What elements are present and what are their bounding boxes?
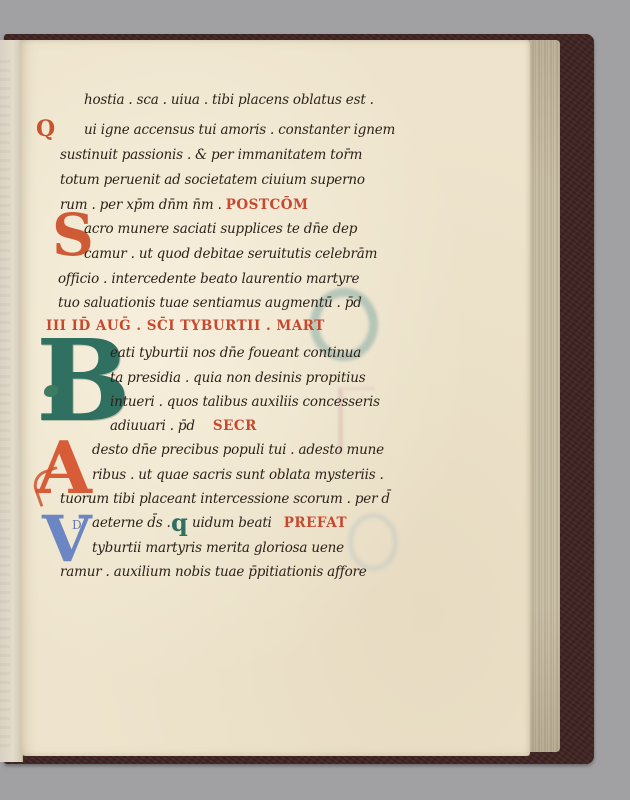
line-text: desto dn̄e precibus populi tui . adesto … [92, 442, 384, 458]
line-text: acro munere saciati supplices te dn̄e de… [84, 221, 357, 237]
line-text: sustinuit passionis . & per immanitatem … [60, 147, 362, 163]
line-text: ribus . ut quae sacris sunt oblata myste… [92, 467, 384, 483]
text-line-5: rum . per xp̄m dn̄m n̄m . POSTCŌM [60, 197, 308, 213]
rubric-postcommunio: POSTCŌM [226, 197, 309, 213]
text-line-18: aeterne d̄s . [92, 515, 171, 531]
line-text: ta presidia . quia non desinis propitius [110, 370, 365, 386]
manuscript-text-block: hostia . sca . uiua . tibi placens oblat… [0, 0, 630, 800]
text-line-3: sustinuit passionis . & per immanitatem … [60, 147, 362, 163]
text-line-12: ta presidia . quia non desinis propitius [110, 370, 365, 386]
text-line-20: ramur . auxilium nobis tuae p̄pitiationi… [60, 564, 367, 580]
rubric-secreta: SECR [213, 418, 257, 434]
text-line-4: totum peruenit ad societatem ciuium supe… [60, 172, 365, 188]
line-text: eati tyburtii nos dn̄e foueant continua [110, 345, 361, 361]
line-text: hostia . sca . uiua . tibi placens oblat… [84, 92, 374, 108]
text-line-1: hostia . sca . uiua . tibi placens oblat… [84, 92, 374, 108]
line-text: tyburtii martyris merita gloriosa uene [92, 540, 344, 556]
line-text: adiuuari . p̄d [110, 418, 195, 434]
text-line-13: intueri . quos talibus auxiliis concesse… [110, 394, 380, 410]
text-line-15: desto dn̄e precibus populi tui . adesto … [92, 442, 384, 458]
line-text: officio . intercedente beato laurentio m… [58, 271, 359, 287]
text-line-2: ui igne accensus tui amoris . constanter… [84, 122, 395, 138]
line-text: uidum beati [192, 515, 272, 531]
text-line-18b: uidum beati PREFAT [192, 515, 347, 531]
line-text: ui igne accensus tui amoris . constanter… [84, 122, 395, 138]
text-line-17: tuorum tibi placeant intercessione scoru… [60, 491, 390, 507]
text-line-11: eati tyburtii nos dn̄e foueant continua [110, 345, 361, 361]
text-line-7: camur . ut quod debitae seruitutis celeb… [84, 246, 377, 262]
manuscript-scene: hostia . sca . uiua . tibi placens oblat… [0, 0, 630, 800]
line-text: tuorum tibi placeant intercessione scoru… [60, 491, 390, 507]
line-text: totum peruenit ad societatem ciuium supe… [60, 172, 365, 188]
initial-v: V [42, 508, 92, 572]
line-text: tuo saluationis tuae sentiamus augmentū… [58, 295, 362, 311]
text-line-9: tuo saluationis tuae sentiamus augmentū… [58, 295, 362, 311]
rubric-prefatio: PREFAT [284, 515, 347, 531]
text-line-14: adiuuari . p̄d SECR [110, 418, 257, 434]
text-line-8: officio . intercedente beato laurentio m… [58, 271, 359, 287]
text-line-19: tyburtii martyris merita gloriosa uene [92, 540, 344, 556]
initial-vd-superscript: D [72, 518, 82, 532]
line-text: camur . ut quod debitae seruitutis celeb… [84, 246, 377, 262]
initial-q: Q [36, 118, 55, 140]
line-text: ramur . auxilium nobis tuae p̄pitiationi… [60, 564, 367, 580]
line-text: intueri . quos talibus auxiliis concesse… [110, 394, 380, 410]
initial-q-green: q [171, 508, 188, 537]
line-text: aeterne d̄s . [92, 515, 171, 531]
text-line-16: ribus . ut quae sacris sunt oblata myste… [92, 467, 384, 483]
text-line-6: acro munere saciati supplices te dn̄e de… [84, 221, 357, 237]
